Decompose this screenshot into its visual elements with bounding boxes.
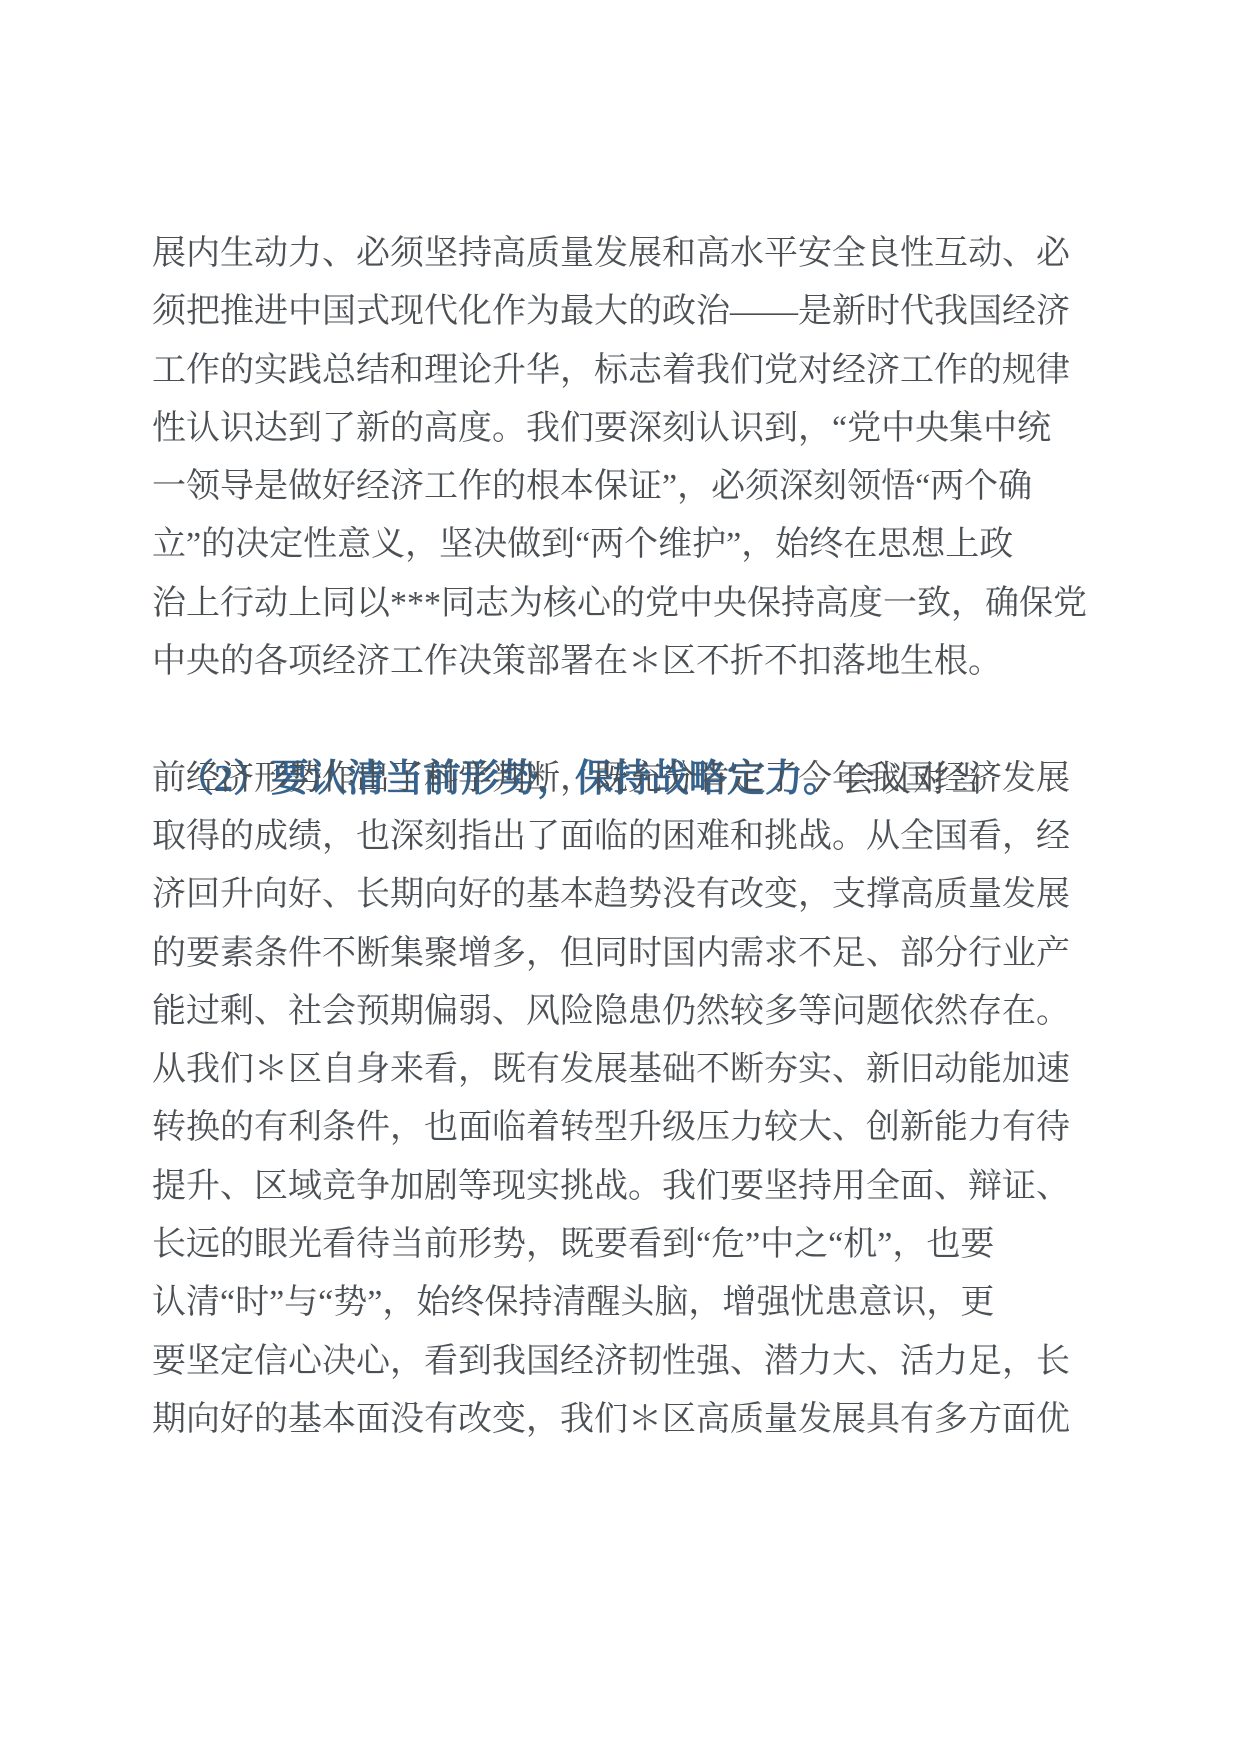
doc-line: 提升、区域竞争加剧等现实挑战。我们要坚持用全面、辩证、 xyxy=(152,1158,1097,1216)
doc-line: 转换的有利条件，也面临着转型升级压力较大、创新能力有待 xyxy=(152,1099,1097,1157)
paragraph-continuation: 展内生动力、必须坚持高质量发展和高水平安全良性互动、必须把推进中国式现代化作为最… xyxy=(152,225,1097,691)
doc-line: 的要素条件不断集聚增多，但同时国内需求不足、部分行业产 xyxy=(152,925,1097,983)
doc-line: 认清“时”与“势”，始终保持清醒头脑，增强忧患意识，更 xyxy=(152,1274,1097,1332)
doc-line: 济回升向好、长期向好的基本趋势没有改变，支撑高质量发展 xyxy=(152,866,1097,924)
document-page: 展内生动力、必须坚持高质量发展和高水平安全良性互动、必须把推进中国式现代化作为最… xyxy=(0,0,1240,1753)
doc-line: 性认识达到了新的高度。我们要深刻认识到，“党中央集中统 xyxy=(152,400,1097,458)
document-text-block: 展内生动力、必须坚持高质量发展和高水平安全良性互动、必须把推进中国式现代化作为最… xyxy=(152,225,1097,1449)
doc-line: 一领导是做好经济工作的根本保证”，必须深刻领悟“两个确 xyxy=(152,458,1097,516)
doc-line: 须把推进中国式现代化作为最大的政治——是新时代我国经济 xyxy=(152,283,1097,341)
doc-line: 立”的决定性意义，坚决做到“两个维护”，始终在思想上政 xyxy=(152,516,1097,574)
doc-line: 期向好的基本面没有改变，我们＊区高质量发展具有多方面优 xyxy=(152,1391,1097,1449)
doc-line: 能过剩、社会预期偏弱、风险隐患仍然较多等问题依然存在。 xyxy=(152,983,1097,1041)
doc-line: 从我们＊区自身来看，既有发展基础不断夯实、新旧动能加速 xyxy=(152,1041,1097,1099)
doc-line: 前经济形势作出了科学判断，既充分肯定了今年我国经济发展 xyxy=(152,750,1097,808)
paragraph-body: 前经济形势作出了科学判断，既充分肯定了今年我国经济发展取得的成绩，也深刻指出了面… xyxy=(152,750,1097,1450)
doc-line: 取得的成绩，也深刻指出了面临的困难和挑战。从全国看，经 xyxy=(152,808,1097,866)
doc-line: 中央的各项经济工作决策部署在＊区不折不扣落地生根。 xyxy=(152,633,1097,691)
doc-line: 长远的眼光看待当前形势，既要看到“危”中之“机”，也要 xyxy=(152,1216,1097,1274)
doc-line: 工作的实践总结和理论升华，标志着我们党对经济工作的规律 xyxy=(152,342,1097,400)
section-heading-line: （2）要认清当前形势，保持战略定力。会议对当 xyxy=(152,691,1097,749)
doc-line: 治上行动上同以***同志为核心的党中央保持高度一致，确保党 xyxy=(152,575,1097,633)
doc-line: 展内生动力、必须坚持高质量发展和高水平安全良性互动、必 xyxy=(152,225,1097,283)
doc-line: 要坚定信心决心，看到我国经济韧性强、潜力大、活力足，长 xyxy=(152,1333,1097,1391)
